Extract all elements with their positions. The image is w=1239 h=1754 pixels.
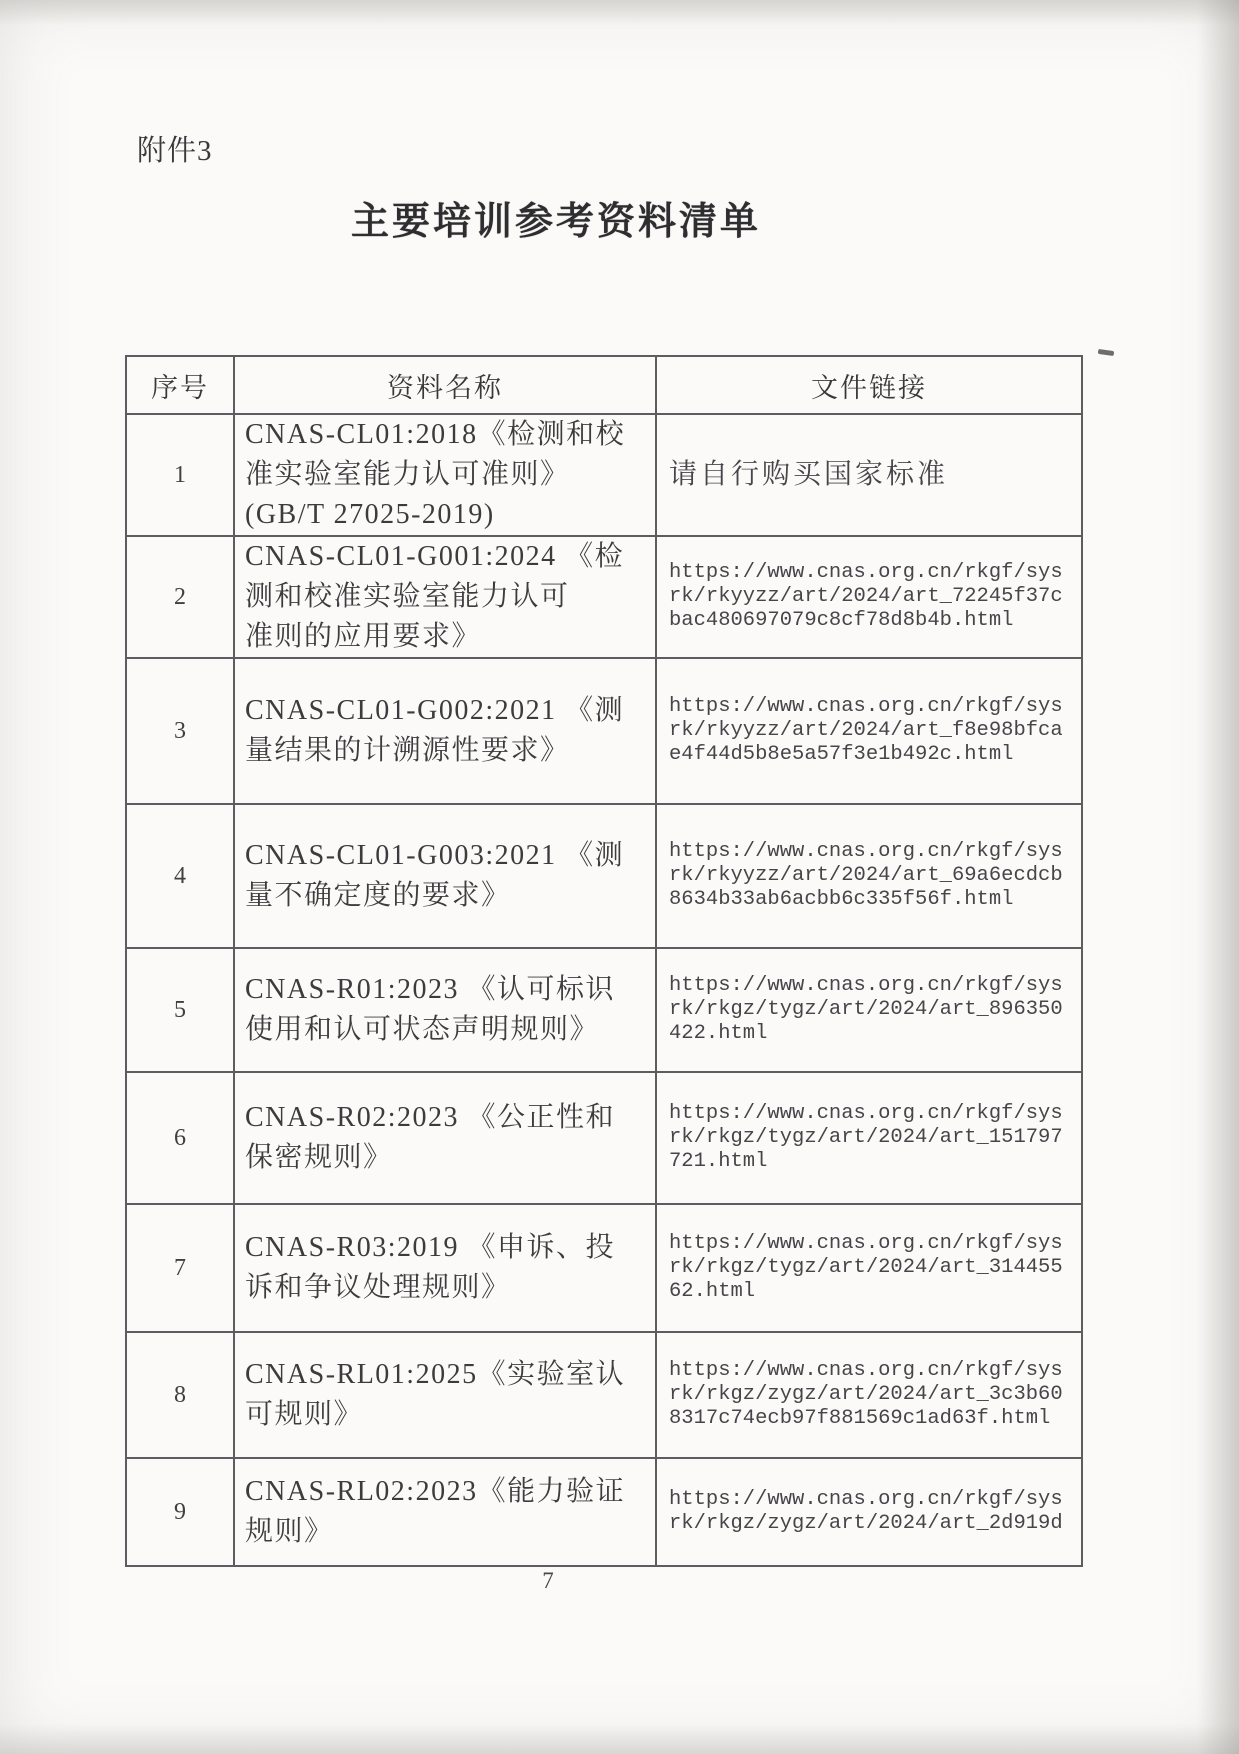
material-name-line: CNAS-R03:2019 《申诉、投 [245, 1228, 655, 1268]
material-name-cell: CNAS-CL01:2018《检测和校准实验室能力认可准则》(GB/T 2702… [234, 414, 656, 536]
column-header-index: 序号 [126, 356, 234, 414]
material-name-line: (GB/T 27025-2019) [245, 495, 655, 535]
file-link: 请自行购买国家标准 [657, 463, 1081, 487]
file-link: https://www.cnas.org.cn/rkgf/sysrk/rkyyz… [657, 561, 1081, 633]
file-link-url-line: https://www.cnas.org.cn/rkgf/sys [669, 1359, 1081, 1383]
row-index-cell: 2 [126, 536, 234, 658]
material-name-cell: CNAS-RL01:2025《实验室认可规则》 [234, 1332, 656, 1458]
material-name-cell: CNAS-CL01-G003:2021 《测量不确定度的要求》 [234, 804, 656, 948]
file-link-url-line: rk/rkgz/zygz/art/2024/art_3c3b60 [669, 1383, 1081, 1407]
file-link-url-line: e4f44d5b8e5a57f3e1b492c.html [669, 743, 1081, 767]
file-link-url-line: rk/rkgz/tygz/art/2024/art_896350 [669, 998, 1081, 1022]
file-link: https://www.cnas.org.cn/rkgf/sysrk/rkgz/… [657, 1232, 1081, 1304]
file-link-cell: https://www.cnas.org.cn/rkgf/sysrk/rkgz/… [656, 1204, 1082, 1332]
material-name-line: 量不确定度的要求》 [245, 876, 655, 916]
material-name-cell: CNAS-CL01-G002:2021 《测量结果的计溯源性要求》 [234, 658, 656, 804]
file-link-url-line: 62.html [669, 1280, 1081, 1304]
file-link-url-line: rk/rkyyzz/art/2024/art_69a6ecdcb [669, 864, 1081, 888]
material-name: CNAS-CL01:2018《检测和校准实验室能力认可准则》(GB/T 2702… [235, 415, 655, 535]
material-name-line: 准实验室能力认可准则》 [245, 455, 655, 495]
file-link: https://www.cnas.org.cn/rkgf/sysrk/rkyyz… [657, 840, 1081, 912]
file-link-url-line: 422.html [669, 1022, 1081, 1046]
material-name-line: CNAS-CL01-G001:2024 《检 [245, 537, 655, 577]
row-index-cell: 8 [126, 1332, 234, 1458]
material-name-line: 准则的应用要求》 [245, 617, 655, 657]
file-link-url-line: https://www.cnas.org.cn/rkgf/sys [669, 695, 1081, 719]
column-header-material-name: 资料名称 [234, 356, 656, 414]
material-name-line: 测和校准实验室能力认可 [245, 577, 655, 617]
material-name-line: 保密规则》 [245, 1138, 655, 1178]
file-link-url-line: 8634b33ab6acbb6c335f56f.html [669, 888, 1081, 912]
file-link-cell: https://www.cnas.org.cn/rkgf/sysrk/rkgz/… [656, 1332, 1082, 1458]
material-name-line: CNAS-R01:2023 《认可标识 [245, 970, 655, 1010]
material-name-cell: CNAS-RL02:2023《能力验证规则》 [234, 1458, 656, 1566]
material-name-line: 规则》 [245, 1512, 655, 1552]
file-link-url-line: bac480697079c8cf78d8b4b.html [669, 609, 1081, 633]
file-link-note-line: 请自行购买国家标准 [669, 463, 1081, 487]
material-name-cell: CNAS-CL01-G001:2024 《检测和校准实验室能力认可准则的应用要求… [234, 536, 656, 658]
row-index-cell: 5 [126, 948, 234, 1072]
row-index-cell: 4 [126, 804, 234, 948]
material-name-cell: CNAS-R03:2019 《申诉、投诉和争议处理规则》 [234, 1204, 656, 1332]
material-name: CNAS-RL01:2025《实验室认可规则》 [235, 1355, 655, 1435]
table-row: 2CNAS-CL01-G001:2024 《检测和校准实验室能力认可准则的应用要… [126, 536, 1082, 658]
table-row: 9CNAS-RL02:2023《能力验证规则》https://www.cnas.… [126, 1458, 1082, 1566]
table-body: 1CNAS-CL01:2018《检测和校准实验室能力认可准则》(GB/T 270… [126, 414, 1082, 1566]
scan-edge-shading-bottom [0, 1724, 1239, 1754]
page-title: 主要培训参考资料清单 [0, 190, 1112, 245]
file-link-url-line: https://www.cnas.org.cn/rkgf/sys [669, 561, 1081, 585]
table-row: 3CNAS-CL01-G002:2021 《测量结果的计溯源性要求》https:… [126, 658, 1082, 804]
material-name-line: 使用和认可状态声明规则》 [245, 1010, 655, 1050]
material-name-line: CNAS-CL01-G003:2021 《测 [245, 836, 655, 876]
scan-edge-shading-top [0, 0, 1239, 26]
file-link: https://www.cnas.org.cn/rkgf/sysrk/rkgz/… [657, 1102, 1081, 1174]
material-name-line: 量结果的计溯源性要求》 [245, 731, 655, 771]
file-link: https://www.cnas.org.cn/rkgf/sysrk/rkgz/… [657, 1488, 1081, 1536]
page-number: 7 [0, 1568, 1096, 1594]
file-link-cell: 请自行购买国家标准 [656, 414, 1082, 536]
scan-edge-shading-right [1197, 0, 1239, 1754]
material-name-line: 诉和争议处理规则》 [245, 1268, 655, 1308]
material-name-line: 可规则》 [245, 1395, 655, 1435]
row-index-cell: 6 [126, 1072, 234, 1204]
file-link-url-line: https://www.cnas.org.cn/rkgf/sys [669, 1102, 1081, 1126]
scanned-document-page: 附件3 主要培训参考资料清单 序号 资料名称 文件链接 1CNAS-CL01:2… [0, 0, 1239, 1754]
table-row: 7CNAS-R03:2019 《申诉、投诉和争议处理规则》https://www… [126, 1204, 1082, 1332]
material-name-line: CNAS-CL01-G002:2021 《测 [245, 691, 655, 731]
file-link-url-line: rk/rkgz/tygz/art/2024/art_151797 [669, 1126, 1081, 1150]
file-link: https://www.cnas.org.cn/rkgf/sysrk/rkgz/… [657, 974, 1081, 1046]
file-link-url-line: https://www.cnas.org.cn/rkgf/sys [669, 840, 1081, 864]
row-index-cell: 9 [126, 1458, 234, 1566]
row-index-cell: 1 [126, 414, 234, 536]
file-link-url-line: 721.html [669, 1150, 1081, 1174]
file-link-url-line: rk/rkyyzz/art/2024/art_72245f37c [669, 585, 1081, 609]
material-name: CNAS-CL01-G002:2021 《测量结果的计溯源性要求》 [235, 691, 655, 771]
material-name-line: CNAS-RL02:2023《能力验证 [245, 1472, 655, 1512]
material-name: CNAS-RL02:2023《能力验证规则》 [235, 1472, 655, 1552]
material-name: CNAS-CL01-G001:2024 《检测和校准实验室能力认可准则的应用要求… [235, 537, 655, 657]
material-name-line: CNAS-R02:2023 《公正性和 [245, 1098, 655, 1138]
material-name: CNAS-R01:2023 《认可标识使用和认可状态声明规则》 [235, 970, 655, 1050]
table-row: 1CNAS-CL01:2018《检测和校准实验室能力认可准则》(GB/T 270… [126, 414, 1082, 536]
file-link-cell: https://www.cnas.org.cn/rkgf/sysrk/rkyyz… [656, 804, 1082, 948]
file-link-cell: https://www.cnas.org.cn/rkgf/sysrk/rkgz/… [656, 1458, 1082, 1566]
file-link-cell: https://www.cnas.org.cn/rkgf/sysrk/rkyyz… [656, 536, 1082, 658]
file-link-cell: https://www.cnas.org.cn/rkgf/sysrk/rkgz/… [656, 1072, 1082, 1204]
table-row: 5CNAS-R01:2023 《认可标识使用和认可状态声明规则》https://… [126, 948, 1082, 1072]
material-name: CNAS-R02:2023 《公正性和保密规则》 [235, 1098, 655, 1178]
material-name-cell: CNAS-R01:2023 《认可标识使用和认可状态声明规则》 [234, 948, 656, 1072]
table-row: 6CNAS-R02:2023 《公正性和保密规则》https://www.cna… [126, 1072, 1082, 1204]
row-index-cell: 3 [126, 658, 234, 804]
table-header-row: 序号 资料名称 文件链接 [126, 356, 1082, 414]
table-row: 8CNAS-RL01:2025《实验室认可规则》https://www.cnas… [126, 1332, 1082, 1458]
material-name-cell: CNAS-R02:2023 《公正性和保密规则》 [234, 1072, 656, 1204]
file-link-url-line: rk/rkgz/zygz/art/2024/art_2d919d [669, 1512, 1081, 1536]
material-name-line: CNAS-CL01:2018《检测和校 [245, 415, 655, 455]
material-name-line: CNAS-RL01:2025《实验室认 [245, 1355, 655, 1395]
reference-materials-table: 序号 资料名称 文件链接 1CNAS-CL01:2018《检测和校准实验室能力认… [125, 355, 1083, 1567]
file-link: https://www.cnas.org.cn/rkgf/sysrk/rkgz/… [657, 1359, 1081, 1431]
column-header-file-link: 文件链接 [656, 356, 1082, 414]
row-index-cell: 7 [126, 1204, 234, 1332]
material-name: CNAS-R03:2019 《申诉、投诉和争议处理规则》 [235, 1228, 655, 1308]
file-link-url-line: https://www.cnas.org.cn/rkgf/sys [669, 1232, 1081, 1256]
file-link-cell: https://www.cnas.org.cn/rkgf/sysrk/rkgz/… [656, 948, 1082, 1072]
material-name: CNAS-CL01-G003:2021 《测量不确定度的要求》 [235, 836, 655, 916]
table-row: 4CNAS-CL01-G003:2021 《测量不确定度的要求》https://… [126, 804, 1082, 948]
scan-artifact-speck [1098, 349, 1115, 356]
file-link-url-line: rk/rkgz/tygz/art/2024/art_314455 [669, 1256, 1081, 1280]
attachment-label: 附件3 [137, 128, 213, 169]
file-link-url-line: rk/rkyyzz/art/2024/art_f8e98bfca [669, 719, 1081, 743]
file-link-url-line: https://www.cnas.org.cn/rkgf/sys [669, 1488, 1081, 1512]
file-link-url-line: https://www.cnas.org.cn/rkgf/sys [669, 974, 1081, 998]
file-link: https://www.cnas.org.cn/rkgf/sysrk/rkyyz… [657, 695, 1081, 767]
file-link-cell: https://www.cnas.org.cn/rkgf/sysrk/rkyyz… [656, 658, 1082, 804]
file-link-url-line: 8317c74ecb97f881569c1ad63f.html [669, 1407, 1081, 1431]
